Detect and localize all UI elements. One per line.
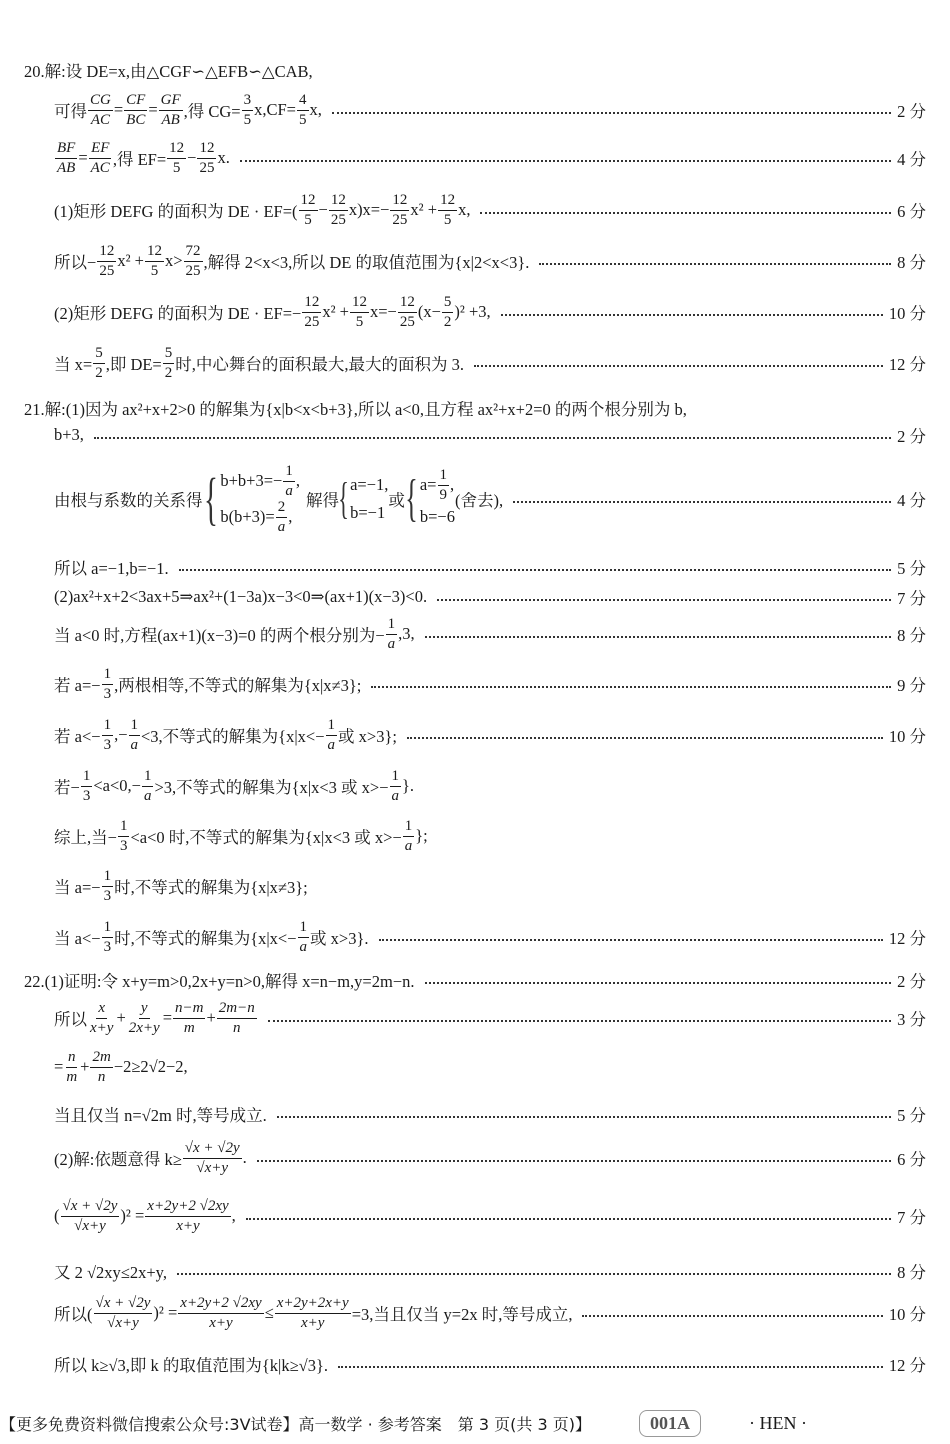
leader-dots [539, 263, 891, 265]
line-content: b+3, [54, 425, 84, 445]
text-segment: ,− [114, 725, 127, 745]
q21-line4: 所以 a=−1,b=−1. 5 分 [54, 555, 950, 579]
text-segment: 由根与系数的关系得 [54, 487, 203, 511]
leader-dots [257, 1160, 891, 1162]
fraction: 1225 [197, 140, 216, 176]
denominator: a [298, 938, 310, 956]
denominator: 25 [184, 262, 203, 280]
denominator: x+y [207, 1314, 234, 1332]
text-segment: b(b+3)= [220, 507, 274, 527]
q22-line4: 当且仅当 n=√2m 时,等号成立. 5 分 [54, 1102, 950, 1126]
denominator: n [231, 1019, 243, 1037]
paper-code-badge: 001A [639, 1410, 701, 1437]
line-content: 所以( √x + √2y√x+y )² = x+2y+2 √2xyx+y ≤ x… [54, 1295, 572, 1331]
line-content: ( √x + √2y√x+y )² = x+2y+2 √2xyx+y , [54, 1198, 236, 1234]
fraction: 45 [297, 92, 309, 128]
leader-dots [277, 1116, 891, 1118]
q20-line4: 所以− 1225 x² + 125 x> 7225 ,解得 2<x<3,所以 D… [54, 243, 950, 279]
fraction: 13 [102, 919, 114, 955]
line-content: 22.(1)证明:令 x+y=m>0,2x+y=n>0,解得 x=n−m,y=2… [24, 968, 415, 992]
text-segment: ,得 EF= [113, 146, 166, 170]
footer-text: 【更多免费资料微信搜索公众号:3V试卷】高一数学 · 参考答案 第 3 页(共 … [0, 1412, 591, 1435]
text-segment: ,即 DE= [106, 351, 162, 375]
score: 2 分 [897, 968, 950, 992]
text-segment: (x− [418, 302, 441, 322]
denominator: 2 [442, 313, 454, 331]
leader-dots [177, 1273, 891, 1275]
text-segment: )² = [153, 1303, 177, 1323]
text-segment: , [296, 471, 300, 491]
leader-dots [501, 314, 883, 316]
text-segment: = [54, 1057, 63, 1077]
denominator: √x+y [72, 1217, 108, 1235]
q22-line1: 22.(1)证明:令 x+y=m>0,2x+y=n>0,解得 x=n−m,y=2… [24, 968, 950, 992]
denominator: x+y [174, 1217, 201, 1235]
leader-dots [425, 982, 892, 984]
fraction: n−mm [173, 1000, 205, 1036]
text-segment: =3,当且仅当 y=2x 时,等号成立, [352, 1301, 573, 1325]
numerator: 1 [298, 919, 310, 938]
denominator: a [326, 736, 338, 754]
denominator: AC [89, 159, 112, 177]
text-segment: ,得 CG= [184, 98, 241, 122]
line-content: 当 a<0 时,方程(ax+1)(x−3)=0 的两个根分别为− 1a ,3, [54, 616, 415, 652]
text-segment: ( [54, 1206, 60, 1226]
numerator: n−m [173, 1000, 205, 1019]
numerator: x+2y+2 √2xy [178, 1295, 263, 1314]
numerator: 1 [386, 616, 398, 635]
numerator: GF [159, 92, 183, 111]
numerator: 1 [118, 818, 130, 837]
score: 7 分 [897, 1204, 950, 1228]
text-segment: 所以( [54, 1301, 93, 1325]
denominator: 5 [242, 111, 254, 129]
numerator: 1 [390, 768, 402, 787]
score: 4 分 [897, 487, 950, 511]
fraction: nm [64, 1049, 79, 1085]
text-segment: x)x=− [349, 200, 390, 220]
line-content: 可得 CGAC= CFBC= GFAB ,得 CG= 35 x,CF= 45 x… [54, 92, 322, 128]
text-segment: b=−6 [420, 503, 455, 531]
numerator: 5 [442, 294, 454, 313]
numerator: 12 [350, 294, 369, 313]
q21-line1: 21.解:(1)因为 ax²+x+2>0 的解集为{x|b<x<b+3},所以 … [24, 396, 950, 420]
text-segment: (2)矩形 DEFG 的面积为 DE · EF=− [54, 300, 301, 324]
line-content: 又 2 √2xy≤2x+y, [54, 1259, 167, 1283]
q20-line3: (1)矩形 DEFG 的面积为 DE · EF=( 125 − 1225 x)x… [54, 192, 950, 228]
leader-dots [179, 569, 891, 571]
text-segment: x. [217, 148, 229, 168]
leader-dots [379, 939, 883, 941]
numerator: √x + √2y [61, 1198, 120, 1217]
leader-dots [425, 636, 891, 638]
left-brace-icon: { [405, 473, 417, 525]
numerator: y [139, 1000, 150, 1019]
fraction: 52 [93, 345, 105, 381]
q21-line7: 若 a=− 13 ,两根相等,不等式的解集为{x|x≠3}; 9 分 [54, 666, 950, 702]
fraction: 13 [102, 666, 114, 702]
line-content: 若 a<− 13 ,− 1a <3,不等式的解集为{x|x<− 1a 或 x>3… [54, 717, 397, 753]
score: 9 分 [897, 672, 950, 696]
text-segment: x> [165, 251, 183, 271]
fraction: xx+y [88, 1000, 115, 1036]
text-segment: b+b+3=− [220, 471, 282, 491]
numerator: 1 [102, 919, 114, 938]
q20-line6: 当 x= 52 ,即 DE= 52 时,中心舞台的面积最大,最大的面积为 3. … [54, 345, 950, 381]
numerator: 12 [167, 140, 186, 159]
text-segment: >3,不等式的解集为{x|x<3 或 x>− [154, 774, 388, 798]
fraction: 1a [298, 919, 310, 955]
numerator: 12 [197, 140, 216, 159]
fraction: GFAB [159, 92, 183, 128]
score: 8 分 [897, 249, 950, 273]
denominator: AB [159, 111, 181, 129]
leader-dots [407, 737, 883, 739]
line-content: 当且仅当 n=√2m 时,等号成立. [54, 1102, 267, 1126]
numerator: 5 [93, 345, 105, 364]
q21-line2: b+3, 2 分 [54, 423, 950, 447]
footer-region-mark: · HEN · [749, 1413, 807, 1434]
score: 2 分 [897, 423, 950, 447]
q21-line8: 若 a<− 13 ,− 1a <3,不等式的解集为{x|x<− 1a 或 x>3… [54, 717, 950, 753]
fraction: 13 [118, 818, 130, 854]
text-segment: x, [310, 100, 322, 120]
fraction: 1225 [329, 192, 348, 228]
left-brace-icon: { [338, 477, 349, 521]
text-segment: 22.(1)证明:令 x+y=m>0,2x+y=n>0,解得 x=n−m,y=2… [24, 968, 415, 992]
text-segment: 20.解:设 DE=x,由△CGF∽△EFB∽△CAB, [24, 58, 313, 82]
denominator: m [64, 1068, 79, 1086]
text-segment: 或 x>3}; [338, 723, 397, 747]
text-segment: = [163, 1008, 172, 1028]
denominator: x+y [299, 1314, 326, 1332]
q22-line3: = nm + 2mn −2≥2√2−2, [54, 1049, 950, 1085]
text-segment: 又 2 √2xy≤2x+y, [54, 1259, 167, 1283]
text-segment: <a<0 时,不等式的解集为{x|x<3 或 x>− [130, 824, 401, 848]
text-segment: a=19, b=−6 [420, 467, 455, 531]
denominator: a [390, 787, 402, 805]
text-segment: b+3, [54, 425, 84, 445]
text-segment: 所以 [54, 1006, 87, 1030]
text-segment: 解得 [306, 487, 339, 511]
q22-line6: ( √x + √2y√x+y )² = x+2y+2 √2xyx+y , 7 分 [54, 1198, 950, 1234]
line-content: (2)ax²+x+2<3ax+5⇒ax²+(1−3a)x−3<0⇒(ax+1)(… [54, 587, 427, 607]
line-content: BFAB= EFAC ,得 EF= 125 − 1225 x. [54, 140, 230, 176]
score: 5 分 [897, 1102, 950, 1126]
numerator: 1 [129, 717, 141, 736]
fraction: 2a [276, 499, 288, 535]
q21-line5: (2)ax²+x+2<3ax+5⇒ax²+(1−3a)x−3<0⇒(ax+1)(… [54, 585, 950, 609]
numerator: 12 [390, 192, 409, 211]
line-content: 若− 13 <a<0,− 1a >3,不等式的解集为{x|x<3 或 x>− 1… [54, 768, 414, 804]
text-segment: a=−1, [350, 475, 388, 495]
denominator: 25 [97, 262, 116, 280]
text-segment: )² +3, [454, 302, 490, 322]
denominator: m [182, 1019, 197, 1037]
denominator: a [142, 787, 154, 805]
line-content: 由根与系数的关系得 { b+b+3=−1a, b(b+3)=2a, 解得 { a… [54, 463, 503, 535]
numerator: 1 [283, 463, 295, 482]
text-segment: 当 a<− [54, 925, 101, 949]
line-content: = nm + 2mn −2≥2√2−2, [54, 1049, 188, 1085]
fraction: CFBC [124, 92, 147, 128]
fraction: x+2y+2 √2xyx+y [145, 1198, 230, 1234]
fraction: 2m−nn [217, 1000, 257, 1036]
text-segment: 所以− [54, 249, 96, 273]
fraction: 1a [283, 463, 295, 499]
text-segment: (2)解:依题意得 k≥ [54, 1146, 182, 1170]
text-segment: (2)ax²+x+2<3ax+5⇒ax²+(1−3a)x−3<0⇒(ax+1)(… [54, 587, 427, 607]
denominator: BC [124, 111, 147, 129]
q21-line9: 若− 13 <a<0,− 1a >3,不等式的解集为{x|x<3 或 x>− 1… [54, 768, 950, 804]
fraction: √x + √2y√x+y [94, 1295, 153, 1331]
fraction: 1225 [390, 192, 409, 228]
text-segment: b+b+3=−1a, [220, 463, 300, 499]
line-content: (2)矩形 DEFG 的面积为 DE · EF=− 1225 x² + 125 … [54, 294, 491, 330]
denominator: 25 [329, 211, 348, 229]
line-content: 综上,当− 13 <a<0 时,不等式的解集为{x|x<3 或 x>− 1a }… [54, 818, 428, 854]
score: 12 分 [889, 351, 950, 375]
text-segment: b=−1 [350, 499, 388, 527]
numerator: 4 [297, 92, 309, 111]
text-segment: ,两根相等,不等式的解集为{x|x≠3}; [114, 672, 361, 696]
denominator: 3 [81, 787, 93, 805]
text-segment: , [232, 1206, 236, 1226]
text-segment: 21.解:(1)因为 ax²+x+2>0 的解集为{x|b<x<b+3},所以 … [24, 396, 687, 420]
denominator: a [403, 837, 415, 855]
text-segment: <a<0,− [93, 776, 141, 796]
text-segment: x, [458, 200, 470, 220]
line-content: 所以 k≥√3,即 k 的取值范围为{k|k≥√3}. [54, 1352, 328, 1376]
denominator: 5 [149, 262, 161, 280]
q20-line1: 可得 CGAC= CFBC= GFAB ,得 CG= 35 x,CF= 45 x… [54, 92, 950, 128]
leader-dots [371, 686, 891, 688]
text-segment: 时,不等式的解集为{x|x≠3}; [114, 874, 308, 898]
text-segment: a= [420, 475, 437, 495]
numerator: BF [55, 140, 77, 159]
text-segment: a=−1, b=−1 [350, 471, 388, 527]
text-segment: a=19, [420, 467, 455, 503]
fraction: 52 [163, 345, 175, 381]
solution-system-2: { a=19, b=−6 [405, 467, 455, 531]
numerator: 1 [326, 717, 338, 736]
score: 12 分 [889, 1352, 950, 1376]
numerator: x+2y+2x+y [275, 1295, 351, 1314]
denominator: a [283, 482, 295, 500]
fraction: 125 [350, 294, 369, 330]
text-segment: , [450, 475, 454, 495]
numerator: 12 [302, 294, 321, 313]
left-brace-icon: { [203, 470, 217, 528]
score: 6 分 [897, 198, 950, 222]
score: 5 分 [897, 555, 950, 579]
score: 12 分 [889, 925, 950, 949]
denominator: 5 [354, 313, 366, 331]
line-content: 所以 xx+y + y2x+y = n−mm + 2m−nn [54, 1000, 258, 1036]
q21-line12: 当 a<− 13 时,不等式的解集为{x|x<− 1a 或 x>3}. 12 分 [54, 919, 950, 955]
numerator: 2m−n [217, 1000, 257, 1019]
leader-dots [94, 437, 891, 439]
text-segment: , [288, 507, 292, 527]
numerator: 12 [97, 243, 116, 262]
fraction: 1a [129, 717, 141, 753]
text-segment: b=−1 [350, 503, 385, 523]
fraction: 125 [438, 192, 457, 228]
denominator: 2 [163, 364, 175, 382]
text-segment: . [243, 1148, 247, 1168]
denominator: √x+y [105, 1314, 141, 1332]
fraction: 7225 [184, 243, 203, 279]
numerator: 12 [398, 294, 417, 313]
text-segment: − [187, 148, 196, 168]
fraction: 1225 [398, 294, 417, 330]
text-segment: x² + [117, 251, 144, 271]
text-segment: )² = [120, 1206, 144, 1226]
numerator: 12 [145, 243, 164, 262]
fraction: 1225 [302, 294, 321, 330]
denominator: a [386, 635, 398, 653]
text-segment: 若 a<− [54, 723, 101, 747]
numerator: √x + √2y [94, 1295, 153, 1314]
numerator: x+2y+2 √2xy [145, 1198, 230, 1217]
numerator: 12 [438, 192, 457, 211]
text-segment: 时,不等式的解集为{x|x<− [114, 925, 296, 949]
denominator: 9 [438, 486, 450, 504]
q21-line10: 综上,当− 13 <a<0 时,不等式的解集为{x|x<3 或 x>− 1a }… [54, 818, 950, 854]
fraction: 1a [390, 768, 402, 804]
denominator: 2 [93, 364, 105, 382]
score: 8 分 [897, 622, 950, 646]
denominator: 2x+y [127, 1019, 162, 1037]
q20-line5: (2)矩形 DEFG 的面积为 DE · EF=− 1225 x² + 125 … [54, 294, 950, 330]
fraction: 2mn [90, 1049, 112, 1085]
fraction: 1a [326, 717, 338, 753]
q22-line5: (2)解:依题意得 k≥ √x + √2y√x+y . 6 分 [54, 1140, 950, 1176]
numerator: n [66, 1049, 78, 1068]
q22-line9: 所以 k≥√3,即 k 的取值范围为{k|k≥√3}. 12 分 [54, 1352, 950, 1376]
fraction: x+2y+2 √2xyx+y [178, 1295, 263, 1331]
fraction: √x + √2y√x+y [183, 1140, 242, 1176]
text-segment: 若 a=− [54, 672, 101, 696]
leader-dots [513, 501, 891, 503]
denominator: 3 [102, 685, 114, 703]
denominator: 25 [390, 211, 409, 229]
fraction: 13 [102, 868, 114, 904]
fraction: CGAC [88, 92, 113, 128]
text-segment: }. [402, 776, 414, 796]
text-segment: −2≥2√2−2, [114, 1057, 188, 1077]
q20-line2: BFAB= EFAC ,得 EF= 125 − 1225 x. 4 分 [54, 140, 950, 176]
fraction: 13 [81, 768, 93, 804]
numerator: x [96, 1000, 107, 1019]
q22-line2: 所以 xx+y + y2x+y = n−mm + 2m−nn 3 分 [54, 1000, 950, 1036]
numerator: 1 [102, 868, 114, 887]
q21-line3: 由根与系数的关系得 { b+b+3=−1a, b(b+3)=2a, 解得 { a… [54, 458, 950, 540]
leader-dots [338, 1366, 883, 1368]
fraction: 1a [386, 616, 398, 652]
text-segment: 当且仅当 n=√2m 时,等号成立. [54, 1102, 267, 1126]
page-footer: 【更多免费资料微信搜索公众号:3V试卷】高一数学 · 参考答案 第 3 页(共 … [0, 1408, 950, 1438]
leader-dots [437, 599, 891, 601]
numerator: 5 [163, 345, 175, 364]
line-content: 当 a<− 13 时,不等式的解集为{x|x<− 1a 或 x>3}. [54, 919, 369, 955]
text-segment: x=− [370, 302, 397, 322]
numerator: EF [89, 140, 111, 159]
text-segment: 或 x>3}. [310, 925, 368, 949]
leader-dots [268, 1020, 891, 1022]
q21-line6: 当 a<0 时,方程(ax+1)(x−3)=0 的两个根分别为− 1a ,3, … [54, 616, 950, 652]
denominator: 3 [102, 736, 114, 754]
denominator: 5 [171, 159, 183, 177]
fraction: BFAB [55, 140, 77, 176]
numerator: 1 [81, 768, 93, 787]
denominator: 5 [302, 211, 314, 229]
denominator: 25 [398, 313, 417, 331]
denominator: AC [89, 111, 112, 129]
score: 7 分 [897, 585, 950, 609]
denominator: 3 [102, 938, 114, 956]
denominator: AB [55, 159, 77, 177]
score: 4 分 [897, 146, 950, 170]
text-segment: }; [415, 826, 428, 846]
text-segment: ,解得 2<x<3,所以 DE 的取值范围为{x|2<x<3}. [204, 249, 530, 273]
text-segment: 当 x= [54, 351, 92, 375]
numerator: 1 [102, 666, 114, 685]
fraction: y2x+y [127, 1000, 162, 1036]
line-content: 若 a=− 13 ,两根相等,不等式的解集为{x|x≠3}; [54, 666, 361, 702]
text-segment: b=−6 [420, 507, 455, 527]
numerator: CF [124, 92, 147, 111]
text-segment: 当 a=− [54, 874, 101, 898]
text-segment: 综上,当− [54, 824, 117, 848]
fraction: 52 [442, 294, 454, 330]
denominator: a [276, 518, 288, 536]
text-segment: b+b+3=−1a, b(b+3)=2a, [220, 463, 300, 535]
numerator: 12 [299, 192, 318, 211]
q22-line7: 又 2 √2xy≤2x+y, 8 分 [54, 1259, 950, 1283]
text-segment: − [319, 200, 328, 220]
denominator: 3 [102, 887, 114, 905]
numerator: 2m [90, 1049, 112, 1068]
text-segment: (舍去), [455, 487, 503, 511]
fraction: 125 [299, 192, 318, 228]
text-segment: (1)矩形 DEFG 的面积为 DE · EF=( [54, 198, 298, 222]
q22-line8: 所以( √x + √2y√x+y )² = x+2y+2 √2xyx+y ≤ x… [54, 1295, 950, 1331]
q21-line11: 当 a=− 13 时,不等式的解集为{x|x≠3}; [54, 868, 950, 904]
text-segment: + [206, 1008, 215, 1028]
score: 10 分 [889, 723, 950, 747]
leader-dots [480, 212, 891, 214]
numerator: 1 [102, 717, 114, 736]
denominator: 5 [297, 111, 309, 129]
leader-dots [332, 112, 891, 114]
fraction: EFAC [89, 140, 112, 176]
numerator: 3 [242, 92, 254, 111]
text-segment: a=−1, [350, 471, 388, 499]
score: 2 分 [897, 98, 950, 122]
score: 3 分 [897, 1006, 950, 1030]
text-segment: 所以 a=−1,b=−1. [54, 555, 169, 579]
text-segment: 所以 k≥√3,即 k 的取值范围为{k|k≥√3}. [54, 1352, 328, 1376]
denominator: √x+y [194, 1159, 230, 1177]
score: 6 分 [897, 1146, 950, 1170]
denominator: 25 [197, 159, 216, 177]
leader-dots [246, 1218, 891, 1220]
text-segment: x² + [410, 200, 437, 220]
text-segment: + [80, 1057, 89, 1077]
numerator: √x + √2y [183, 1140, 242, 1159]
line-content: (2)解:依题意得 k≥ √x + √2y√x+y . [54, 1140, 247, 1176]
